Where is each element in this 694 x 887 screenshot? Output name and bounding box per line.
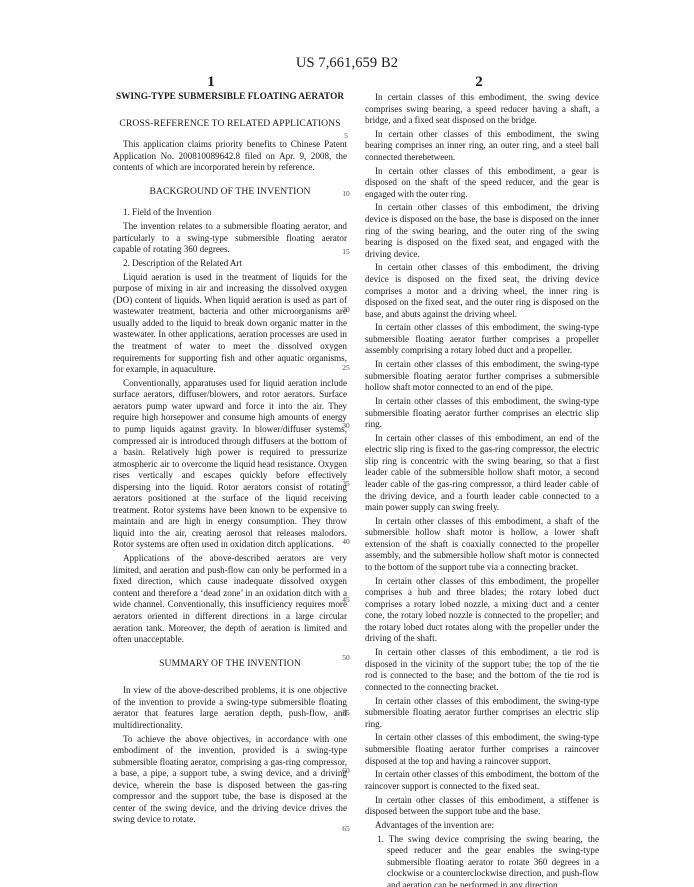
document-title: SWING-TYPE SUBMERSIBLE FLOATING AERATOR	[113, 92, 347, 104]
embodiment-paragraph: In certain other classes of this embodim…	[365, 516, 599, 574]
line-number: 10	[339, 189, 353, 198]
cross-reference-heading: CROSS-REFERENCE TO RELATED APPLICATIONS	[113, 118, 347, 130]
embodiment-paragraph: In certain other classes of this embodim…	[365, 647, 599, 693]
related-art-paragraph: Applications of the above-described aera…	[113, 553, 347, 645]
summary-heading: SUMMARY OF THE INVENTION	[113, 658, 347, 670]
embodiment-paragraph: In certain other classes of this embodim…	[365, 576, 599, 645]
line-number: 40	[339, 537, 353, 546]
summary-paragraph: To achieve the above objectives, in acco…	[113, 734, 347, 826]
field-subheading: 1. Field of the Invention	[113, 207, 347, 219]
advantages-intro: Advantages of the invention are:	[365, 820, 599, 832]
embodiment-paragraph: In certain classes of this embodiment, t…	[365, 92, 599, 127]
related-art-paragraph: Liquid aeration is used in the treatment…	[113, 272, 347, 376]
line-number: 45	[339, 595, 353, 604]
related-art-paragraph: Conventionally, apparatuses used for liq…	[113, 378, 347, 551]
right-column: In certain classes of this embodiment, t…	[365, 92, 599, 887]
embodiment-paragraph: In certain other classes of this embodim…	[365, 433, 599, 514]
patent-number: US 7,661,659 B2	[0, 55, 694, 72]
related-art-subheading: 2. Description of the Related Art	[113, 258, 347, 270]
left-column: SWING-TYPE SUBMERSIBLE FLOATING AERATOR …	[113, 92, 347, 828]
line-number: 5	[339, 131, 353, 140]
line-number: 20	[339, 305, 353, 314]
embodiment-paragraph: In certain other classes of this embodim…	[365, 396, 599, 431]
line-number: 15	[339, 247, 353, 256]
field-paragraph: The invention relates to a submersible f…	[113, 221, 347, 256]
background-heading: BACKGROUND OF THE INVENTION	[113, 186, 347, 198]
right-column-number: 2	[459, 74, 499, 91]
embodiment-paragraph: In certain other classes of this embodim…	[365, 322, 599, 357]
embodiment-paragraph: In certain other classes of this embodim…	[365, 262, 599, 320]
advantage-item: 1. The swing device comprising the swing…	[365, 834, 599, 887]
embodiment-paragraph: In certain other classes of this embodim…	[365, 166, 599, 201]
embodiment-paragraph: In certain other classes of this embodim…	[365, 769, 599, 792]
embodiment-paragraph: In certain other classes of this embodim…	[365, 696, 599, 731]
line-number: 65	[339, 824, 353, 833]
line-number: 35	[339, 479, 353, 488]
embodiment-paragraph: In certain other classes of this embodim…	[365, 795, 599, 818]
left-column-number: 1	[191, 74, 231, 91]
line-number: 60	[339, 766, 353, 775]
cross-reference-paragraph: This application claims priority benefit…	[113, 139, 347, 174]
embodiment-paragraph: In certain other classes of this embodim…	[365, 202, 599, 260]
summary-paragraph: In view of the above-described problems,…	[113, 685, 347, 731]
embodiment-paragraph: In certain other classes of this embodim…	[365, 732, 599, 767]
line-number: 50	[339, 653, 353, 662]
embodiment-paragraph: In certain other classes of this embodim…	[365, 129, 599, 164]
line-number: 30	[339, 421, 353, 430]
embodiment-paragraph: In certain other classes of this embodim…	[365, 359, 599, 394]
line-number: 25	[339, 363, 353, 372]
line-number: 55	[339, 708, 353, 717]
